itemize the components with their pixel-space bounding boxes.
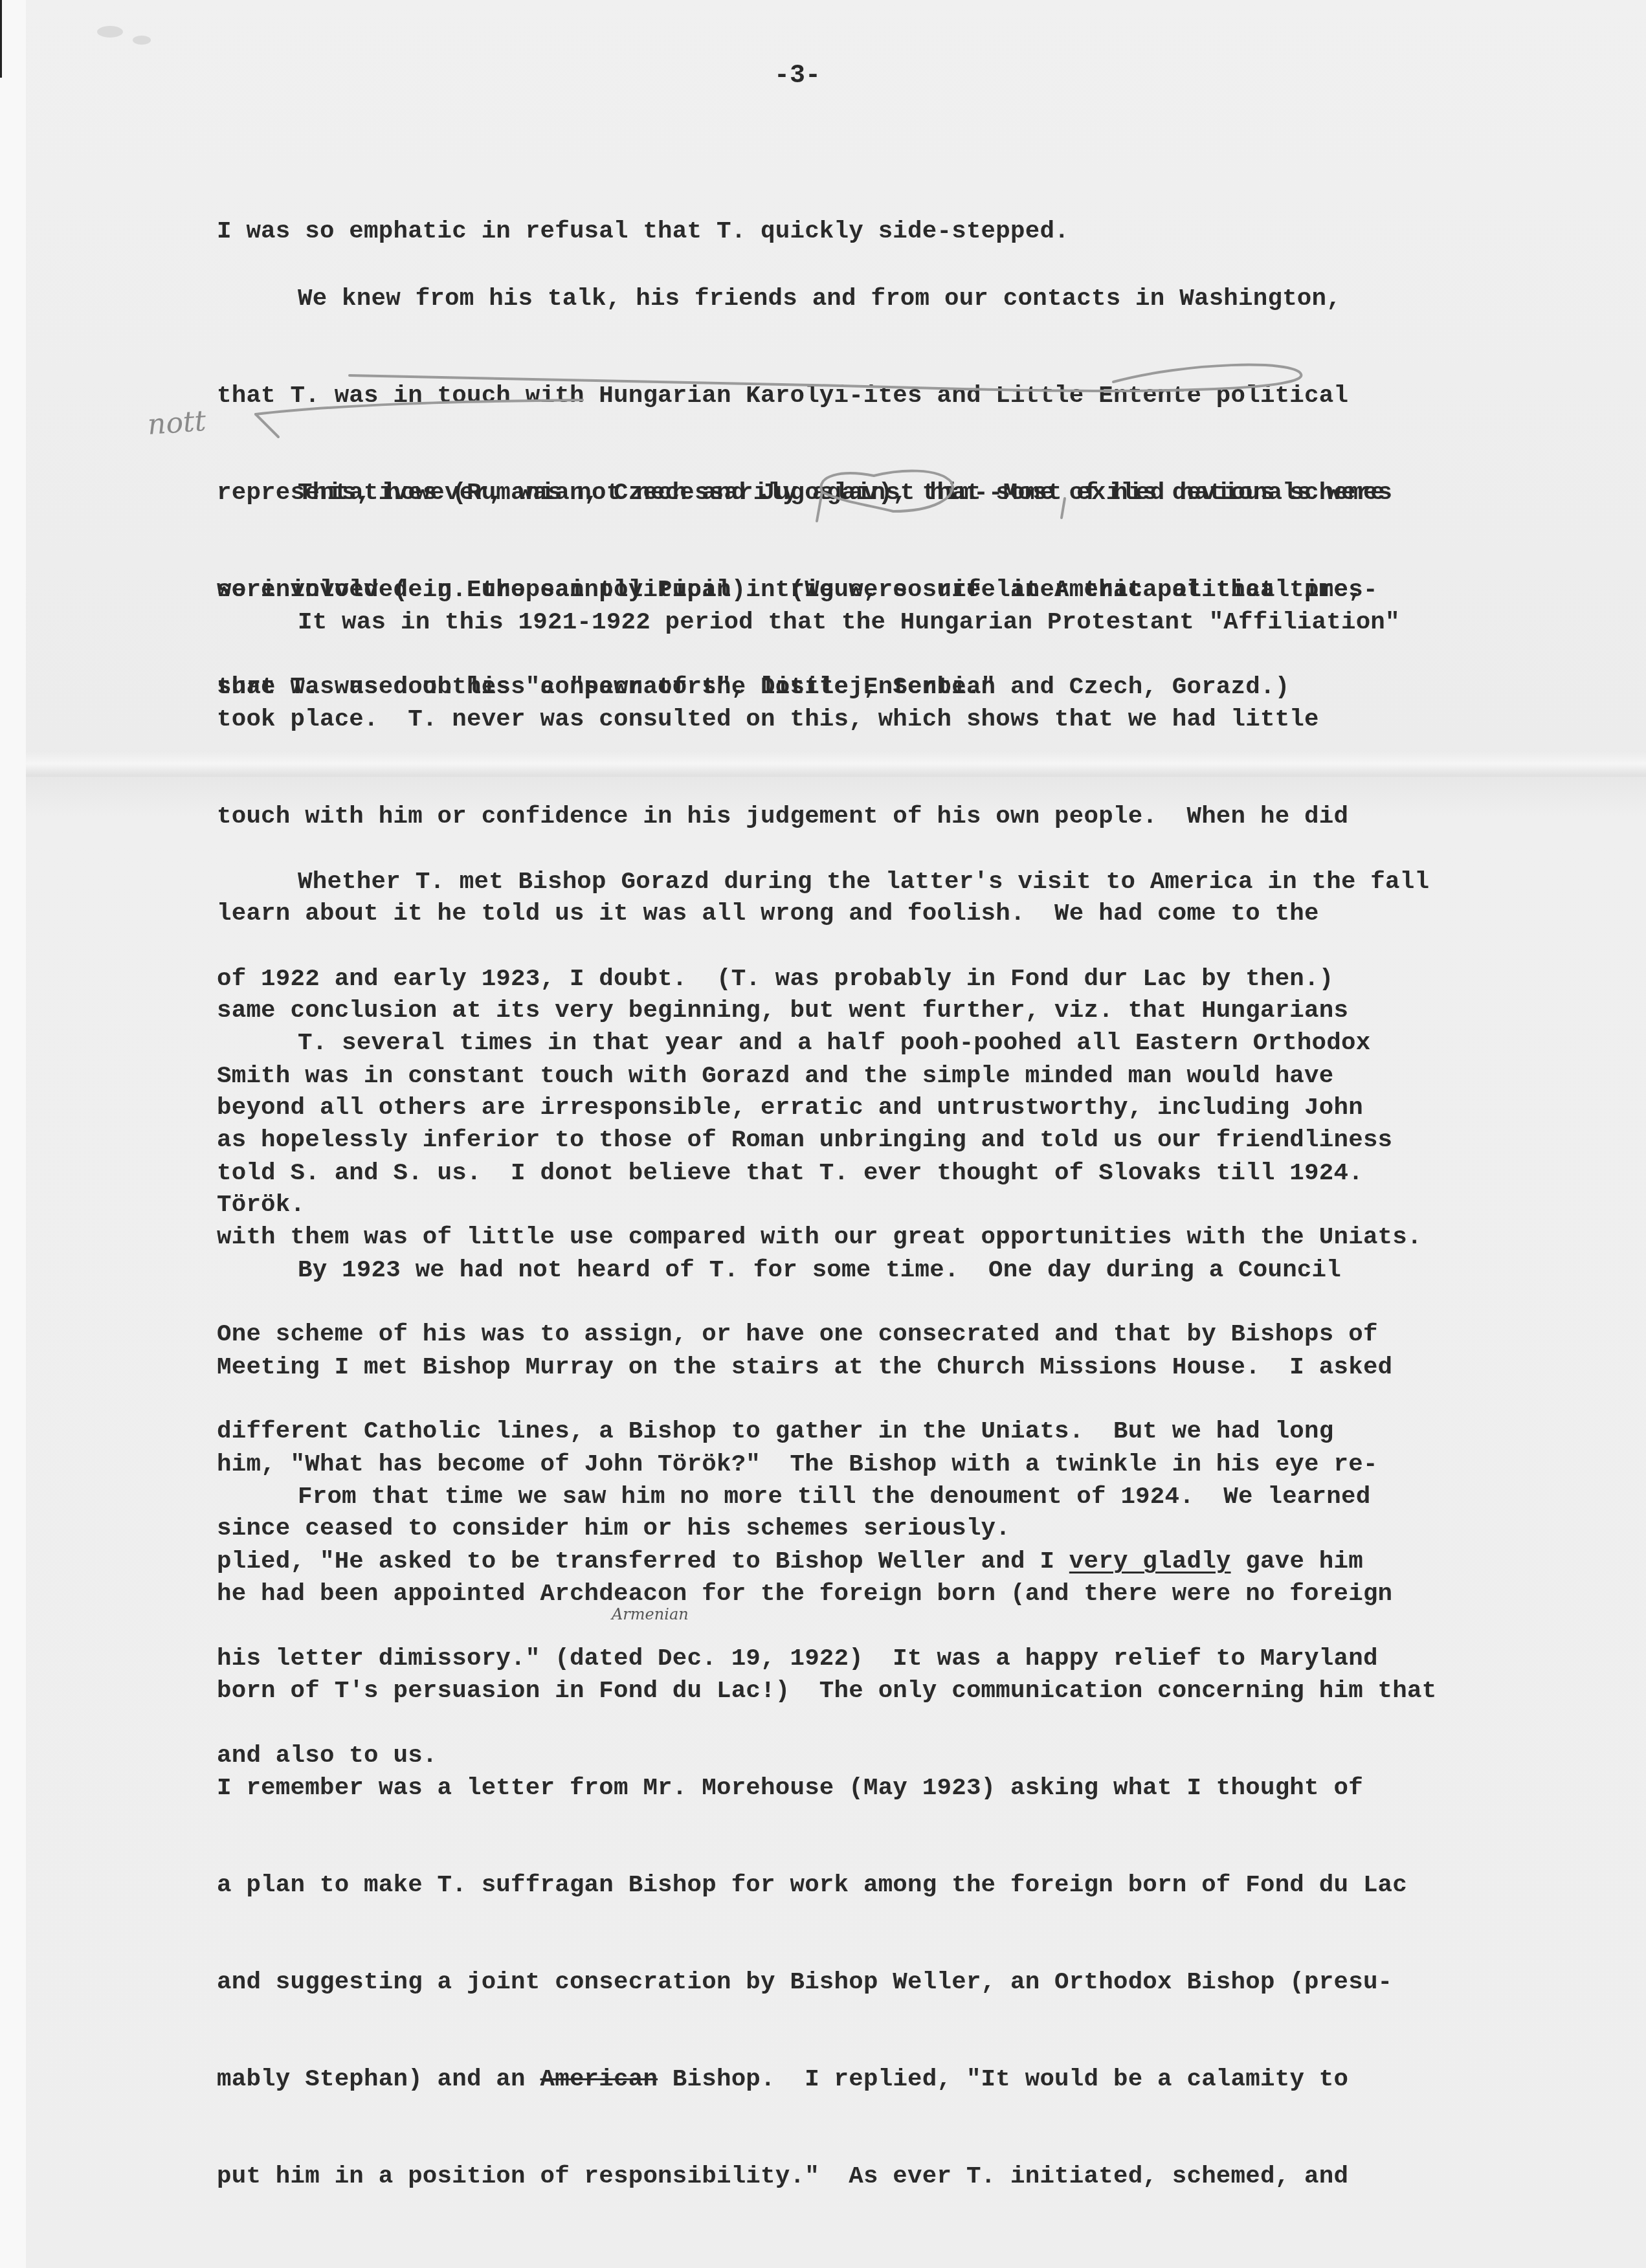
text-line: T. several times in that year and a half… [217, 1027, 1602, 1060]
text-line: I remember was a letter from Mr. Morehou… [217, 1772, 1602, 1805]
text-line: Meeting I met Bishop Murray on the stair… [217, 1351, 1602, 1384]
paragraph-8: From that time we saw him no more till t… [217, 1416, 1602, 2225]
scan-edge-shadow [0, 0, 2, 78]
text-line: that T. was in touch with Hungarian Karo… [217, 380, 1602, 412]
text-line: and suggesting a joint consecration by B… [217, 1966, 1602, 1999]
text-line: It was in this 1921-1922 period that the… [217, 606, 1602, 639]
text-line: From that time we saw him no more till t… [217, 1481, 1602, 1513]
text-line: mably Stephan) and an American Bishop. I… [217, 2063, 1602, 2096]
text-line: We knew from his talk, his friends and f… [217, 283, 1602, 315]
handwritten-insertion: Armenian [612, 1605, 689, 1623]
handwritten-margin-note: nott [146, 405, 207, 441]
paper-blemish [133, 36, 151, 45]
struck-word: American [540, 2066, 658, 2093]
text-line: By 1923 we had not heard of T. for some … [217, 1254, 1602, 1287]
text-line: a plan to make T. suffragan Bishop for w… [217, 1869, 1602, 1902]
text-segment: mably Stephan) and an [217, 2066, 540, 2093]
text-line: took place. T. never was consulted on th… [217, 704, 1602, 736]
text-segment: Bishop. I replied, "It would be a calami… [658, 2066, 1348, 2093]
scan-left-margin [0, 0, 27, 2268]
text-line: he had been appointed Archdeacon for the… [217, 1578, 1602, 1610]
text-line: This, however, was not necessarily again… [217, 477, 1602, 509]
text-line: put him in a position of responsibility.… [217, 2161, 1602, 2193]
paper-blemish [97, 26, 123, 38]
text-line: born of T's persuasion in Fond du Lac!) … [217, 1675, 1602, 1707]
page-number: -3- [774, 61, 821, 91]
text-line: Whether T. met Bishop Gorazd during the … [217, 866, 1602, 898]
text-line: as hopelessly inferior to those of Roman… [217, 1124, 1602, 1157]
